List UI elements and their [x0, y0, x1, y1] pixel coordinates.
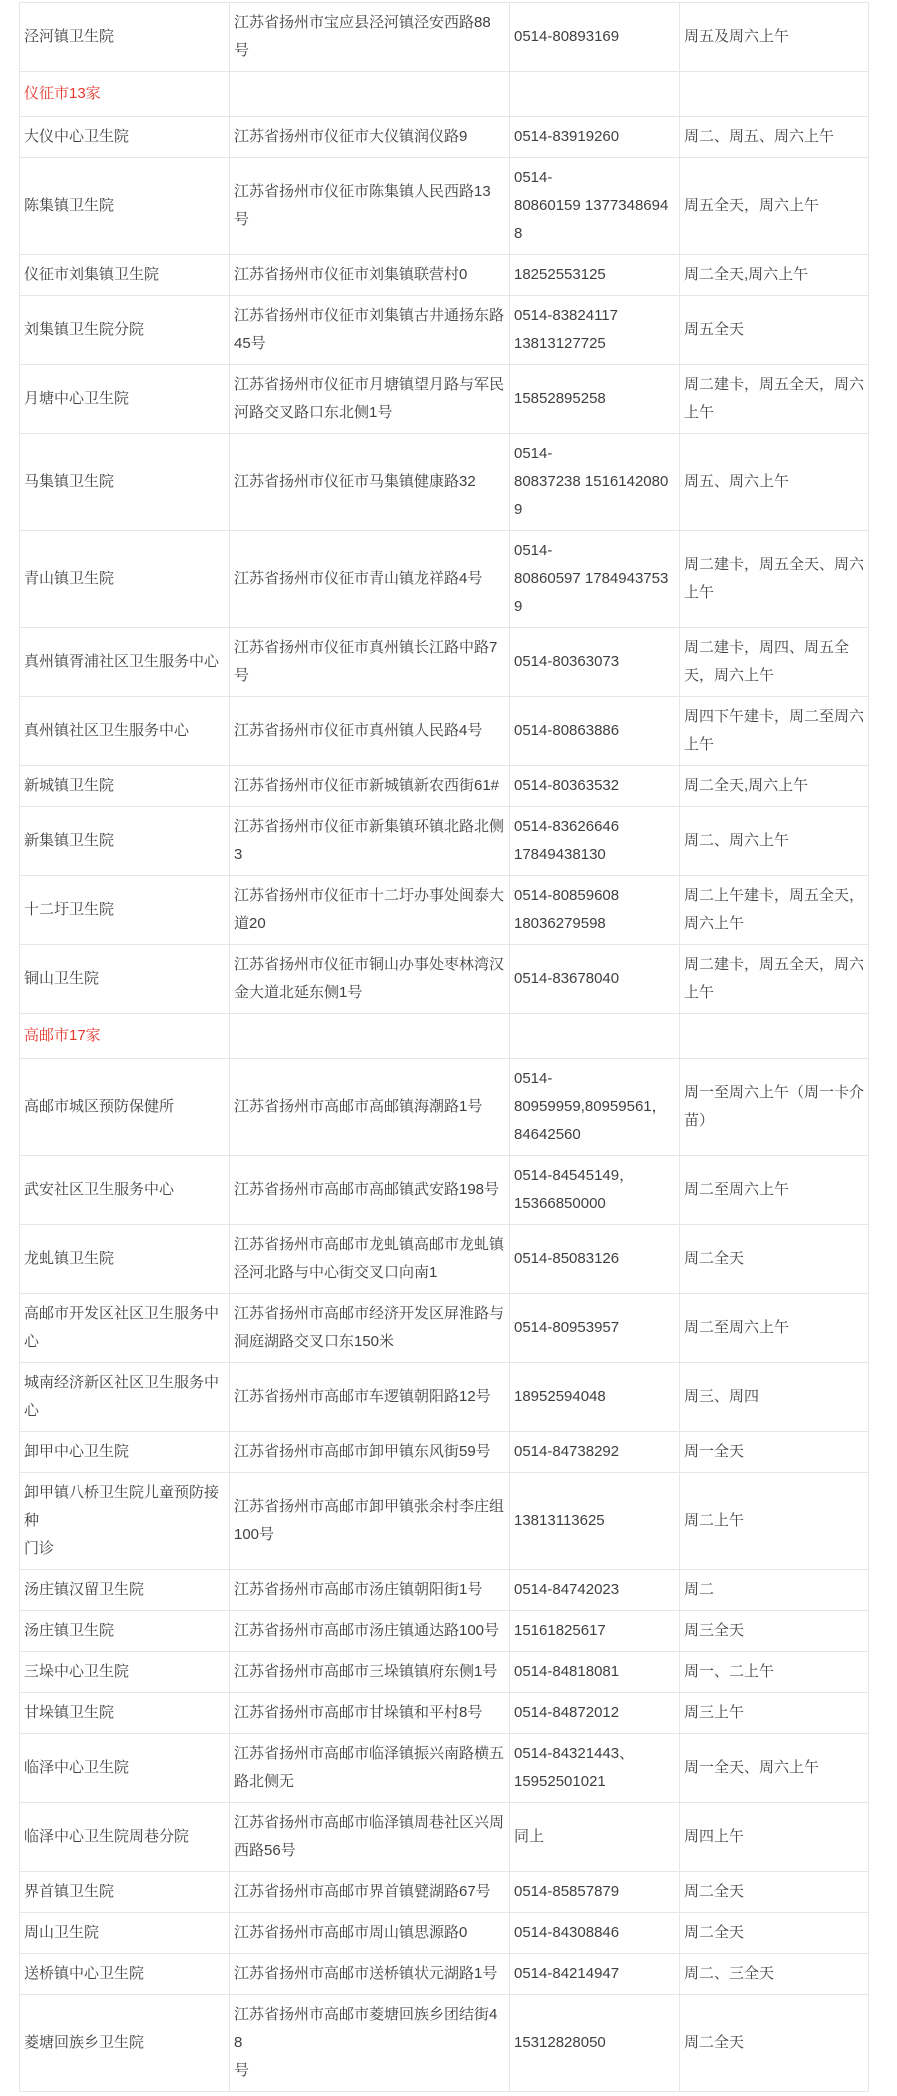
clinic-address-cell: 江苏省扬州市仪征市十二圩办事处闽泰大 道20	[230, 876, 510, 945]
section-header-row: 高邮市17家	[20, 1014, 869, 1059]
clinic-row: 真州镇胥浦社区卫生服务中心江苏省扬州市仪征市真州镇长江路中路7 号0514-80…	[20, 628, 869, 697]
clinic-row: 菱塘回族乡卫生院江苏省扬州市高邮市菱塘回族乡团结街48 号15312828050…	[20, 1995, 869, 2092]
clinic-phone-cell: 18252553125	[510, 255, 680, 296]
clinic-name-cell: 十二圩卫生院	[20, 876, 230, 945]
clinic-name-cell: 临泽中心卫生院周巷分院	[20, 1803, 230, 1872]
clinic-directory-page: 泾河镇卫生院江苏省扬州市宝应县泾河镇泾安西路88号0514-80893169周五…	[0, 0, 897, 2096]
clinic-schedule-cell: 周一、二上午	[680, 1652, 869, 1693]
clinic-row: 铜山卫生院江苏省扬州市仪征市铜山办事处枣林湾汉 金大道北延东侧1号0514-83…	[20, 945, 869, 1014]
clinic-address-cell: 江苏省扬州市仪征市马集镇健康路32	[230, 434, 510, 531]
clinic-schedule-cell: 周二至周六上午	[680, 1294, 869, 1363]
clinic-name-cell: 刘集镇卫生院分院	[20, 296, 230, 365]
clinic-row: 马集镇卫生院江苏省扬州市仪征市马集镇健康路320514- 80837238 15…	[20, 434, 869, 531]
clinic-phone-cell: 0514- 80837238 15161420809	[510, 434, 680, 531]
clinic-row: 新集镇卫生院江苏省扬州市仪征市新集镇环镇北路北侧 30514-83626646 …	[20, 807, 869, 876]
clinic-address-cell: 江苏省扬州市高邮市高邮镇海潮路1号	[230, 1059, 510, 1156]
clinic-phone-cell: 0514-84545149， 15366850000	[510, 1156, 680, 1225]
clinic-address-cell: 江苏省扬州市高邮市三垛镇镇府东侧1号	[230, 1652, 510, 1693]
clinic-name-cell: 马集镇卫生院	[20, 434, 230, 531]
clinic-row: 界首镇卫生院江苏省扬州市高邮市界首镇甓湖路67号0514-85857879周二全…	[20, 1872, 869, 1913]
clinic-phone-cell: 0514-84818081	[510, 1652, 680, 1693]
clinic-phone-cell: 15312828050	[510, 1995, 680, 2092]
clinic-phone-cell: 0514-84308846	[510, 1913, 680, 1954]
clinic-row: 临泽中心卫生院周巷分院江苏省扬州市高邮市临泽镇周巷社区兴周 西路56号同上周四上…	[20, 1803, 869, 1872]
clinic-address-cell: 江苏省扬州市高邮市汤庄镇朝阳街1号	[230, 1570, 510, 1611]
empty-cell	[510, 72, 680, 117]
clinic-name-cell: 卸甲中心卫生院	[20, 1432, 230, 1473]
clinic-address-cell: 江苏省扬州市高邮市送桥镇状元湖路1号	[230, 1954, 510, 1995]
clinic-row: 仪征市刘集镇卫生院江苏省扬州市仪征市刘集镇联营村018252553125周二全天…	[20, 255, 869, 296]
clinic-name-cell: 甘垛镇卫生院	[20, 1693, 230, 1734]
clinic-row: 卸甲中心卫生院江苏省扬州市高邮市卸甲镇东风街59号0514-84738292周一…	[20, 1432, 869, 1473]
clinic-row: 高邮市城区预防保健所江苏省扬州市高邮市高邮镇海潮路1号0514- 8095995…	[20, 1059, 869, 1156]
clinic-phone-cell: 0514- 80959959,80959561， 84642560	[510, 1059, 680, 1156]
clinic-schedule-cell: 周三全天	[680, 1611, 869, 1652]
clinic-phone-cell: 0514- 80860597 17849437539	[510, 531, 680, 628]
clinic-schedule-cell: 周二全天,周六上午	[680, 766, 869, 807]
clinic-name-cell: 城南经济新区社区卫生服务中心	[20, 1363, 230, 1432]
clinic-name-cell: 陈集镇卫生院	[20, 158, 230, 255]
clinic-name-cell: 三垛中心卫生院	[20, 1652, 230, 1693]
clinic-schedule-cell: 周五全天	[680, 296, 869, 365]
clinic-address-cell: 江苏省扬州市仪征市真州镇人民路4号	[230, 697, 510, 766]
clinic-schedule-cell: 周二、周六上午	[680, 807, 869, 876]
clinic-name-cell: 大仪中心卫生院	[20, 117, 230, 158]
clinic-address-cell: 江苏省扬州市仪征市月塘镇望月路与军民 河路交叉路口东北侧1号	[230, 365, 510, 434]
clinic-name-cell: 铜山卫生院	[20, 945, 230, 1014]
empty-cell	[510, 1014, 680, 1059]
clinic-row: 大仪中心卫生院江苏省扬州市仪征市大仪镇润仪路90514-83919260周二、周…	[20, 117, 869, 158]
clinic-name-cell: 汤庄镇卫生院	[20, 1611, 230, 1652]
clinic-name-cell: 新集镇卫生院	[20, 807, 230, 876]
clinic-row: 陈集镇卫生院江苏省扬州市仪征市陈集镇人民西路13号0514- 80860159 …	[20, 158, 869, 255]
clinic-row: 月塘中心卫生院江苏省扬州市仪征市月塘镇望月路与军民 河路交叉路口东北侧1号158…	[20, 365, 869, 434]
clinic-phone-cell: 0514-84321443、 15952501021	[510, 1734, 680, 1803]
section-label: 高邮市17家	[20, 1014, 230, 1059]
clinic-address-cell: 江苏省扬州市高邮市菱塘回族乡团结街48 号	[230, 1995, 510, 2092]
clinic-name-cell: 仪征市刘集镇卫生院	[20, 255, 230, 296]
clinic-schedule-cell: 周五及周六上午	[680, 3, 869, 72]
clinic-schedule-cell: 周二至周六上午	[680, 1156, 869, 1225]
clinic-address-cell: 江苏省扬州市高邮市临泽镇振兴南路横五 路北侧无	[230, 1734, 510, 1803]
clinic-address-cell: 江苏省扬州市高邮市卸甲镇东风街59号	[230, 1432, 510, 1473]
clinic-name-cell: 卸甲镇八桥卫生院儿童预防接种 门诊	[20, 1473, 230, 1570]
clinic-row: 临泽中心卫生院江苏省扬州市高邮市临泽镇振兴南路横五 路北侧无0514-84321…	[20, 1734, 869, 1803]
clinic-row: 新城镇卫生院江苏省扬州市仪征市新城镇新农西街61#0514-80363532周二…	[20, 766, 869, 807]
clinic-name-cell: 临泽中心卫生院	[20, 1734, 230, 1803]
clinic-schedule-cell: 周二上午建卡，周五全天， 周六上午	[680, 876, 869, 945]
clinic-row: 真州镇社区卫生服务中心江苏省扬州市仪征市真州镇人民路4号0514-8086388…	[20, 697, 869, 766]
clinic-schedule-cell: 周二、周五、周六上午	[680, 117, 869, 158]
clinic-name-cell: 汤庄镇汉留卫生院	[20, 1570, 230, 1611]
clinic-table-body: 泾河镇卫生院江苏省扬州市宝应县泾河镇泾安西路88号0514-80893169周五…	[20, 3, 869, 2092]
clinic-address-cell: 江苏省扬州市仪征市陈集镇人民西路13号	[230, 158, 510, 255]
empty-cell	[230, 1014, 510, 1059]
clinic-phone-cell: 0514-80363532	[510, 766, 680, 807]
clinic-row: 周山卫生院江苏省扬州市高邮市周山镇思源路00514-84308846周二全天	[20, 1913, 869, 1954]
clinic-name-cell: 真州镇胥浦社区卫生服务中心	[20, 628, 230, 697]
clinic-address-cell: 江苏省扬州市高邮市经济开发区屏淮路与 洞庭湖路交叉口东150米	[230, 1294, 510, 1363]
clinic-phone-cell: 0514-84214947	[510, 1954, 680, 1995]
clinic-address-cell: 江苏省扬州市仪征市大仪镇润仪路9	[230, 117, 510, 158]
clinic-schedule-cell: 周二建卡，周五全天，周六 上午	[680, 365, 869, 434]
clinic-address-cell: 江苏省扬州市仪征市刘集镇古井通扬东路 45号	[230, 296, 510, 365]
clinic-name-cell: 菱塘回族乡卫生院	[20, 1995, 230, 2092]
clinic-schedule-cell: 周二全天	[680, 1872, 869, 1913]
clinic-address-cell: 江苏省扬州市仪征市刘集镇联营村0	[230, 255, 510, 296]
clinic-phone-cell: 0514-83626646 17849438130	[510, 807, 680, 876]
clinic-name-cell: 界首镇卫生院	[20, 1872, 230, 1913]
clinic-row: 十二圩卫生院江苏省扬州市仪征市十二圩办事处闽泰大 道200514-8085960…	[20, 876, 869, 945]
clinic-schedule-cell: 周三、周四	[680, 1363, 869, 1432]
clinic-name-cell: 青山镇卫生院	[20, 531, 230, 628]
clinic-name-cell: 真州镇社区卫生服务中心	[20, 697, 230, 766]
clinic-phone-cell: 0514-85083126	[510, 1225, 680, 1294]
clinic-schedule-cell: 周五全天，周六上午	[680, 158, 869, 255]
clinic-schedule-cell: 周二、三全天	[680, 1954, 869, 1995]
clinic-row: 汤庄镇卫生院江苏省扬州市高邮市汤庄镇通达路100号15161825617周三全天	[20, 1611, 869, 1652]
clinic-address-cell: 江苏省扬州市高邮市龙虬镇高邮市龙虬镇 泾河北路与中心街交叉口向南1	[230, 1225, 510, 1294]
clinic-row: 送桥镇中心卫生院江苏省扬州市高邮市送桥镇状元湖路1号0514-84214947周…	[20, 1954, 869, 1995]
clinic-phone-cell: 18952594048	[510, 1363, 680, 1432]
clinic-address-cell: 江苏省扬州市仪征市铜山办事处枣林湾汉 金大道北延东侧1号	[230, 945, 510, 1014]
clinic-name-cell: 龙虬镇卫生院	[20, 1225, 230, 1294]
clinic-schedule-cell: 周二全天	[680, 1995, 869, 2092]
clinic-schedule-cell: 周一全天	[680, 1432, 869, 1473]
clinic-schedule-cell: 周三上午	[680, 1693, 869, 1734]
clinic-phone-cell: 0514-83919260	[510, 117, 680, 158]
clinic-row: 甘垛镇卫生院江苏省扬州市高邮市甘垛镇和平村8号0514-84872012周三上午	[20, 1693, 869, 1734]
clinic-table: 泾河镇卫生院江苏省扬州市宝应县泾河镇泾安西路88号0514-80893169周五…	[19, 2, 869, 2092]
clinic-row: 汤庄镇汉留卫生院江苏省扬州市高邮市汤庄镇朝阳街1号0514-84742023周二	[20, 1570, 869, 1611]
clinic-address-cell: 江苏省扬州市仪征市青山镇龙祥路4号	[230, 531, 510, 628]
clinic-schedule-cell: 周二全天	[680, 1225, 869, 1294]
clinic-schedule-cell: 周二建卡，周五全天，周六 上午	[680, 945, 869, 1014]
clinic-phone-cell: 0514-84872012	[510, 1693, 680, 1734]
clinic-schedule-cell: 周一至周六上午（周一卡介 苗）	[680, 1059, 869, 1156]
clinic-phone-cell: 0514- 80860159 13773486948	[510, 158, 680, 255]
clinic-phone-cell: 0514-80859608 18036279598	[510, 876, 680, 945]
clinic-phone-cell: 同上	[510, 1803, 680, 1872]
clinic-schedule-cell: 周一全天、周六上午	[680, 1734, 869, 1803]
clinic-address-cell: 江苏省扬州市仪征市真州镇长江路中路7 号	[230, 628, 510, 697]
clinic-schedule-cell: 周四上午	[680, 1803, 869, 1872]
clinic-name-cell: 周山卫生院	[20, 1913, 230, 1954]
clinic-row: 泾河镇卫生院江苏省扬州市宝应县泾河镇泾安西路88号0514-80893169周五…	[20, 3, 869, 72]
clinic-row: 刘集镇卫生院分院江苏省扬州市仪征市刘集镇古井通扬东路 45号0514-83824…	[20, 296, 869, 365]
clinic-schedule-cell: 周二建卡，周四、周五全 天，周六上午	[680, 628, 869, 697]
clinic-phone-cell: 15852895258	[510, 365, 680, 434]
clinic-address-cell: 江苏省扬州市高邮市车逻镇朝阳路12号	[230, 1363, 510, 1432]
section-header-row: 仪征市13家	[20, 72, 869, 117]
clinic-name-cell: 新城镇卫生院	[20, 766, 230, 807]
clinic-address-cell: 江苏省扬州市宝应县泾河镇泾安西路88号	[230, 3, 510, 72]
empty-cell	[230, 72, 510, 117]
clinic-phone-cell: 0514-80893169	[510, 3, 680, 72]
clinic-phone-cell: 13813113625	[510, 1473, 680, 1570]
clinic-phone-cell: 0514-80863886	[510, 697, 680, 766]
clinic-phone-cell: 0514-85857879	[510, 1872, 680, 1913]
clinic-row: 武安社区卫生服务中心江苏省扬州市高邮市高邮镇武安路198号0514-845451…	[20, 1156, 869, 1225]
clinic-schedule-cell: 周二建卡，周五全天、周六 上午	[680, 531, 869, 628]
clinic-name-cell: 武安社区卫生服务中心	[20, 1156, 230, 1225]
clinic-schedule-cell: 周二上午	[680, 1473, 869, 1570]
clinic-schedule-cell: 周五、周六上午	[680, 434, 869, 531]
clinic-name-cell: 高邮市开发区社区卫生服务中心	[20, 1294, 230, 1363]
clinic-row: 青山镇卫生院江苏省扬州市仪征市青山镇龙祥路4号0514- 80860597 17…	[20, 531, 869, 628]
clinic-address-cell: 江苏省扬州市高邮市卸甲镇张余村李庄组 100号	[230, 1473, 510, 1570]
clinic-phone-cell: 0514-84742023	[510, 1570, 680, 1611]
clinic-address-cell: 江苏省扬州市高邮市甘垛镇和平村8号	[230, 1693, 510, 1734]
clinic-schedule-cell: 周四下午建卡，周二至周六 上午	[680, 697, 869, 766]
clinic-schedule-cell: 周二全天,周六上午	[680, 255, 869, 296]
clinic-name-cell: 月塘中心卫生院	[20, 365, 230, 434]
clinic-row: 卸甲镇八桥卫生院儿童预防接种 门诊江苏省扬州市高邮市卸甲镇张余村李庄组 100号…	[20, 1473, 869, 1570]
empty-cell	[680, 1014, 869, 1059]
clinic-name-cell: 泾河镇卫生院	[20, 3, 230, 72]
clinic-address-cell: 江苏省扬州市高邮市汤庄镇通达路100号	[230, 1611, 510, 1652]
clinic-address-cell: 江苏省扬州市高邮市界首镇甓湖路67号	[230, 1872, 510, 1913]
clinic-address-cell: 江苏省扬州市高邮市周山镇思源路0	[230, 1913, 510, 1954]
clinic-address-cell: 江苏省扬州市高邮市临泽镇周巷社区兴周 西路56号	[230, 1803, 510, 1872]
clinic-phone-cell: 0514-80363073	[510, 628, 680, 697]
clinic-schedule-cell: 周二全天	[680, 1913, 869, 1954]
clinic-phone-cell: 0514-80953957	[510, 1294, 680, 1363]
clinic-row: 城南经济新区社区卫生服务中心江苏省扬州市高邮市车逻镇朝阳路12号18952594…	[20, 1363, 869, 1432]
clinic-schedule-cell: 周二	[680, 1570, 869, 1611]
clinic-phone-cell: 0514-84738292	[510, 1432, 680, 1473]
clinic-row: 三垛中心卫生院江苏省扬州市高邮市三垛镇镇府东侧1号0514-84818081周一…	[20, 1652, 869, 1693]
clinic-phone-cell: 15161825617	[510, 1611, 680, 1652]
section-label: 仪征市13家	[20, 72, 230, 117]
clinic-address-cell: 江苏省扬州市仪征市新集镇环镇北路北侧 3	[230, 807, 510, 876]
clinic-row: 龙虬镇卫生院江苏省扬州市高邮市龙虬镇高邮市龙虬镇 泾河北路与中心街交叉口向南10…	[20, 1225, 869, 1294]
clinic-name-cell: 高邮市城区预防保健所	[20, 1059, 230, 1156]
clinic-phone-cell: 0514-83678040	[510, 945, 680, 1014]
clinic-name-cell: 送桥镇中心卫生院	[20, 1954, 230, 1995]
clinic-row: 高邮市开发区社区卫生服务中心江苏省扬州市高邮市经济开发区屏淮路与 洞庭湖路交叉口…	[20, 1294, 869, 1363]
empty-cell	[680, 72, 869, 117]
clinic-address-cell: 江苏省扬州市高邮市高邮镇武安路198号	[230, 1156, 510, 1225]
clinic-phone-cell: 0514-83824117 13813127725	[510, 296, 680, 365]
clinic-address-cell: 江苏省扬州市仪征市新城镇新农西街61#	[230, 766, 510, 807]
